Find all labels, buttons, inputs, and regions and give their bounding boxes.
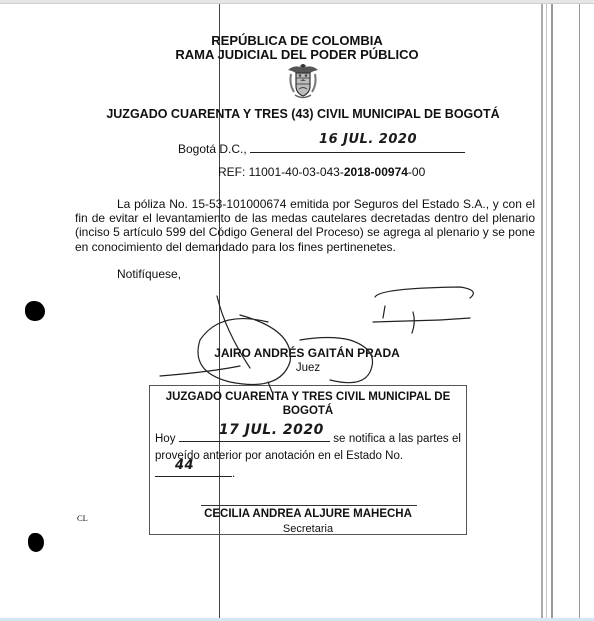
ref-case-number: 2018-00974 <box>344 165 408 179</box>
stamped-date: 16 JUL. 2020 <box>319 132 417 147</box>
body-paragraph: La póliza No. 15-53-101000674 emitida po… <box>75 197 535 254</box>
ref-suffix: -00 <box>408 165 425 179</box>
notification-stamp-box: JUZGADO CUARENTA Y TRES CIVIL MUNICIPAL … <box>149 385 467 535</box>
hole-punch-mark <box>28 533 44 552</box>
secretary-name: CECILIA ANDREA ALJURE MAHECHA <box>150 508 466 520</box>
date-line: Bogotá D.C., 16 JUL. 2020 <box>178 140 465 156</box>
closing-notifiquese: Notifíquese, <box>117 267 181 281</box>
date-label: Bogotá D.C., <box>178 142 247 156</box>
viewer-top-bar <box>0 0 594 4</box>
secretary-signature-line <box>201 505 417 506</box>
scan-edge-line <box>541 4 543 618</box>
header-judicial-branch: RAMA JUDICIAL DEL PODER PÚBLICO <box>0 47 594 62</box>
date-blank: 16 JUL. 2020 <box>250 140 465 153</box>
secretary-role: Secretaria <box>150 523 466 535</box>
hole-punch-mark <box>25 301 45 321</box>
hoy-label: Hoy <box>155 433 175 445</box>
estado-number-blank: 44 <box>155 465 232 477</box>
judge-role: Juez <box>0 362 594 374</box>
court-name: JUZGADO CUARENTA Y TRES (43) CIVIL MUNIC… <box>0 107 594 121</box>
ref-prefix: REF: 11001-40-03-043- <box>218 165 344 179</box>
header-republic: REPÚBLICA DE COLOMBIA <box>0 33 594 48</box>
scan-edge-line <box>579 4 580 618</box>
colombia-coat-of-arms-icon <box>285 62 321 100</box>
stamp-body: Hoy 17 JUL. 2020 se notifica a las parte… <box>155 430 461 483</box>
scan-edge-line <box>551 4 553 618</box>
estado-period: . <box>232 468 235 480</box>
judge-name: JAIRO ANDRÉS GAITÁN PRADA <box>0 346 594 360</box>
stamp-date: 17 JUL. 2020 <box>219 422 324 439</box>
stamp-court-name: JUZGADO CUARENTA Y TRES CIVIL MUNICIPAL … <box>150 390 466 418</box>
case-reference: REF: 11001-40-03-043-2018-00974-00 <box>218 165 425 179</box>
body-text: La póliza No. 15-53-101000674 emitida po… <box>75 197 535 254</box>
scan-edge-line <box>546 4 547 618</box>
estado-number: 44 <box>175 457 194 474</box>
typist-initials: CL <box>77 513 88 523</box>
stamp-date-blank: 17 JUL. 2020 <box>179 430 330 442</box>
